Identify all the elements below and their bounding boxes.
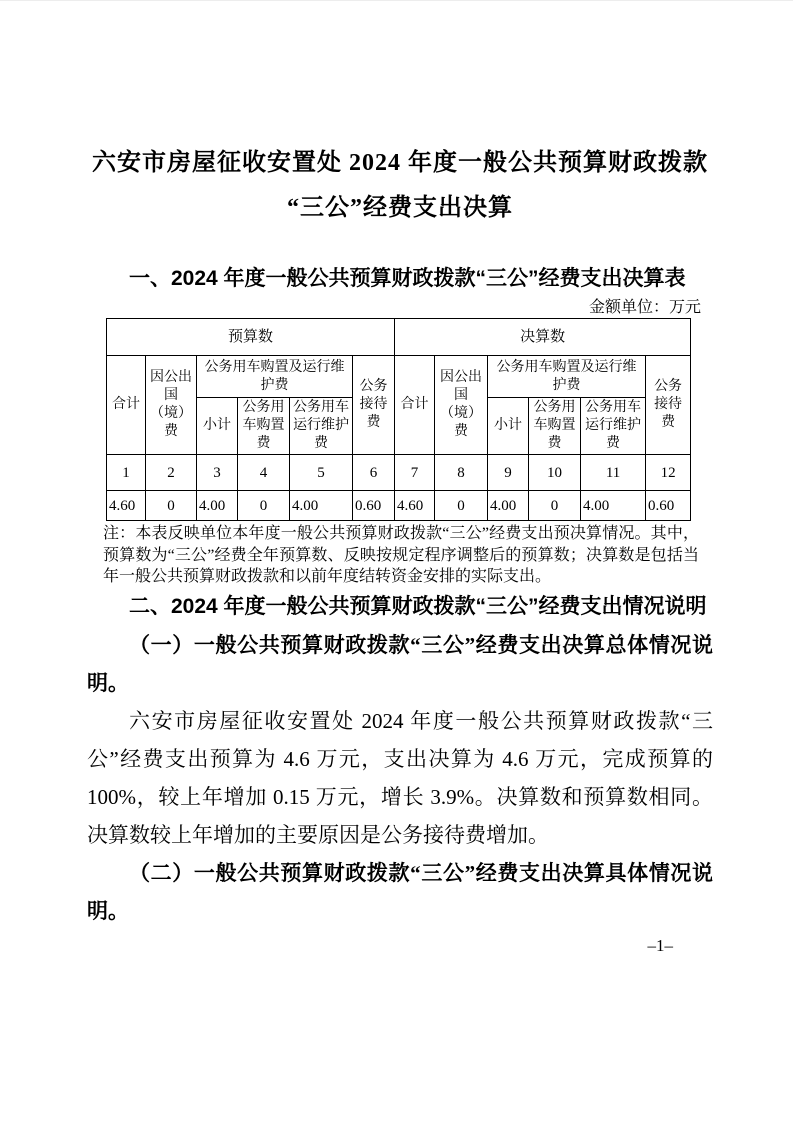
column-number: 1	[107, 455, 146, 491]
value-final-abroad: 0	[435, 491, 488, 521]
column-number: 5	[290, 455, 353, 491]
section2-sub2-heading: （二）一般公共预算财政拨款“三公”经费支出决算具体情况说明。	[87, 854, 713, 930]
value-budget-vehicle-purchase: 0	[238, 491, 290, 521]
value-budget-vehicle-maintenance: 4.00	[290, 491, 353, 521]
column-number: 4	[238, 455, 290, 491]
column-number: 3	[197, 455, 238, 491]
table-header-row-top: 合计 因公出国（境）费 公务用车购置及运行维护费 公务接待费 合计 因公出国（境…	[107, 356, 691, 398]
column-number: 6	[353, 455, 395, 491]
header-final-abroad: 因公出国（境）费	[435, 356, 488, 455]
section2-heading: 二、2024 年度一般公共预算财政拨款“三公”经费支出情况说明	[87, 588, 713, 626]
value-budget-vehicle-subtotal: 4.00	[197, 491, 238, 521]
header-budget-vehicle-subtotal: 小计	[197, 398, 238, 455]
header-final-reception: 公务接待费	[646, 356, 691, 455]
header-budget-abroad: 因公出国（境）费	[146, 356, 197, 455]
group-header-budget: 预算数	[107, 319, 395, 356]
value-budget-reception: 0.60	[353, 491, 395, 521]
table-value-row: 4.60 0 4.00 0 4.00 0.60 4.60 0 4.00 0 4.…	[107, 491, 691, 521]
section1-heading: 一、2024 年度一般公共预算财政拨款“三公”经费支出决算表	[87, 260, 713, 298]
value-final-vehicle-subtotal: 4.00	[488, 491, 529, 521]
document-title-line2: “三公”经费支出决算	[87, 186, 713, 231]
header-budget-vehicle-purchase: 公务用车购置费	[238, 398, 290, 455]
header-final-vehicle-subtotal: 小计	[488, 398, 529, 455]
column-number: 9	[488, 455, 529, 491]
column-number: 2	[146, 455, 197, 491]
page-number: –1–	[87, 936, 713, 956]
section2-sub1-heading: （一）一般公共预算财政拨款“三公”经费支出决算总体情况说明。	[87, 626, 713, 702]
document-title-line1: 六安市房屋征收安置处 2024 年度一般公共预算财政拨款	[87, 141, 713, 186]
header-final-vehicle-purchase: 公务用车购置费	[529, 398, 581, 455]
header-final-vehicle-maintenance: 公务用车运行维护费	[581, 398, 646, 455]
header-budget-vehicle-group: 公务用车购置及运行维护费	[197, 356, 353, 398]
sangong-expense-table: 预算数 决算数 合计 因公出国（境）费 公务用车购置及运行维护费 公务接待费 合…	[106, 318, 691, 521]
value-budget-total: 4.60	[107, 491, 146, 521]
group-header-final: 决算数	[395, 319, 691, 356]
table-group-header-row: 预算数 决算数	[107, 319, 691, 356]
column-number: 10	[529, 455, 581, 491]
value-final-vehicle-purchase: 0	[529, 491, 581, 521]
section2-paragraph: 六安市房屋征收安置处 2024 年度一般公共预算财政拨款“三公”经费支出预算为 …	[87, 702, 713, 854]
table-unit-note: 金额单位：万元	[87, 298, 713, 318]
header-budget-total: 合计	[107, 356, 146, 455]
column-number: 8	[435, 455, 488, 491]
header-final-total: 合计	[395, 356, 435, 455]
column-number: 12	[646, 455, 691, 491]
value-final-vehicle-maintenance: 4.00	[581, 491, 646, 521]
document-title: 六安市房屋征收安置处 2024 年度一般公共预算财政拨款 “三公”经费支出决算	[87, 141, 713, 231]
table-column-number-row: 1 2 3 4 5 6 7 8 9 10 11 12	[107, 455, 691, 491]
column-number: 11	[581, 455, 646, 491]
value-final-total: 4.60	[395, 491, 435, 521]
value-final-reception: 0.60	[646, 491, 691, 521]
value-budget-abroad: 0	[146, 491, 197, 521]
document-page: 六安市房屋征收安置处 2024 年度一般公共预算财政拨款 “三公”经费支出决算 …	[0, 0, 793, 1122]
column-number: 7	[395, 455, 435, 491]
header-budget-vehicle-maintenance: 公务用车运行维护费	[290, 398, 353, 455]
header-budget-reception: 公务接待费	[353, 356, 395, 455]
table-footnote: 注：本表反映单位本年度一般公共预算财政拨款“三公”经费支出预决算情况。其中，预算…	[103, 523, 699, 588]
header-final-vehicle-group: 公务用车购置及运行维护费	[488, 356, 646, 398]
